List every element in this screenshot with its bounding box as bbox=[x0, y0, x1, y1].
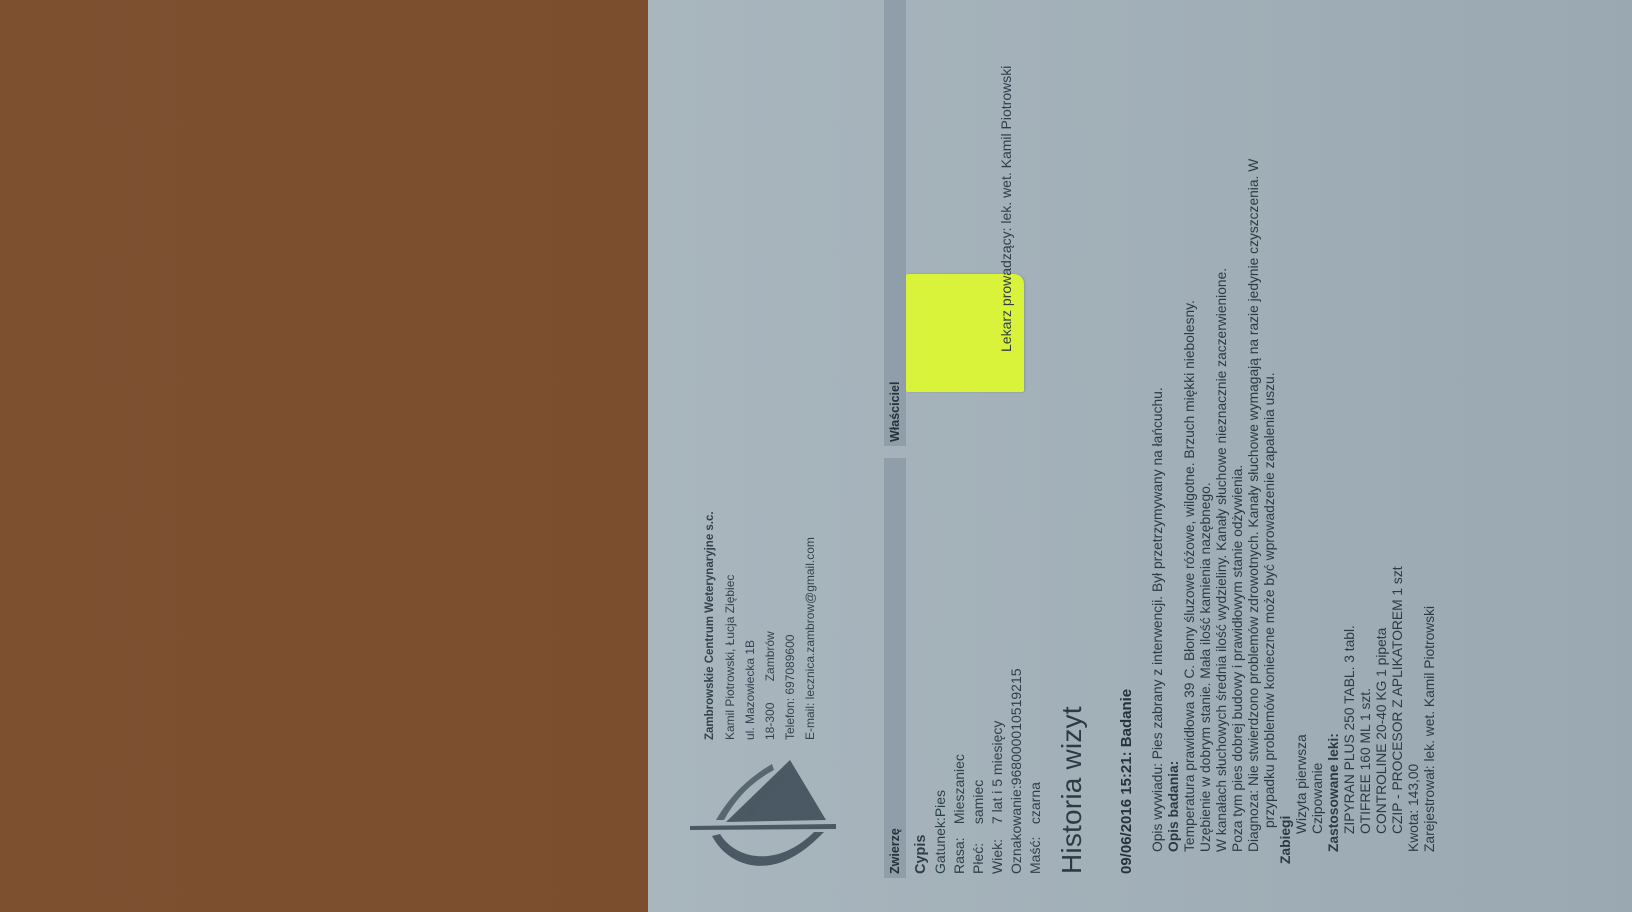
lead-vet: Lekarz prowadzący: lek. wet. Kamil Piotr… bbox=[998, 66, 1014, 352]
clinic-street: ul. Mazowiecka 1B bbox=[740, 511, 760, 740]
clinic-phone: Telefon: 697089600 bbox=[780, 511, 800, 740]
med-item: ZIPYRAN PLUS 250 TABL. 3 tabl. bbox=[1342, 0, 1358, 852]
med-item: CONTROLINE 20-40 KG 1 pipeta bbox=[1374, 0, 1390, 852]
clinic-name: Zambrowskie Centrum Weterynaryjne s.c. bbox=[700, 511, 720, 740]
procedure-item: Wizyta pierwsza bbox=[1294, 0, 1310, 852]
section-header-owner: Właściciel bbox=[884, 0, 906, 446]
med-item: CZIP - PROCESOR Z APLIKATOREM 1 szt bbox=[1390, 0, 1406, 852]
visit-record-document: Zambrowskie Centrum Weterynaryjne s.c. K… bbox=[648, 0, 1632, 912]
animal-details: Cypis Gatunek:Pies Rasa: Mieszaniec Płeć… bbox=[912, 668, 1045, 874]
clinic-info: Zambrowskie Centrum Weterynaryjne s.c. K… bbox=[700, 511, 820, 740]
diagnosis: Diagnoza: Nie stwierdzono problemów zdro… bbox=[1246, 0, 1262, 852]
clinic-logo-icon bbox=[686, 758, 836, 876]
animal-field-age: Wiek: 7 lat i 5 miesięcy bbox=[988, 668, 1007, 874]
procedures-label: Zabiegi bbox=[1278, 0, 1294, 864]
animal-field-sex: Płeć: samiec bbox=[969, 668, 988, 874]
clinic-postal-code: 18-300 bbox=[763, 703, 777, 740]
clinic-city-row: 18-300 Zambrów bbox=[760, 511, 780, 740]
diagnosis-continued: przypadku problemów konieczne może być w… bbox=[1262, 0, 1278, 852]
exam-line: Uzębienie w dobrym stanie. Mała ilość ka… bbox=[1198, 0, 1214, 852]
animal-species: Gatunek:Pies bbox=[931, 668, 950, 874]
visit-details: Opis wywiadu: Pies zabrany z interwencji… bbox=[1150, 0, 1438, 852]
section-header-animal: Zwierzę bbox=[884, 458, 906, 878]
animal-name: Cypis bbox=[912, 668, 931, 874]
registered-by: Zarejestrował: lek. wet. Kamil Piotrowsk… bbox=[1422, 0, 1438, 852]
clinic-city: Zambrów bbox=[763, 631, 777, 681]
visit-heading: 09/06/2016 15:21: Badanie bbox=[1118, 689, 1135, 874]
visit-interview: Opis wywiadu: Pies zabrany z interwencji… bbox=[1150, 0, 1166, 852]
procedure-item: Czipowanie bbox=[1310, 0, 1326, 852]
history-title: Historia wizyt bbox=[1056, 706, 1088, 874]
exam-line: W kanałach słuchowych średnia ilość wydz… bbox=[1214, 0, 1230, 852]
animal-field-breed: Rasa: Mieszaniec bbox=[950, 668, 969, 874]
animal-field-color: Maść: czarna bbox=[1026, 668, 1045, 874]
clinic-owners: Kamil Piotrowski, Łucja Ziębiec bbox=[720, 511, 740, 740]
visit-amount: Kwota: 143,00 bbox=[1406, 0, 1422, 852]
exam-line: Temperatura prawidłowa 39 C. Błony śluzo… bbox=[1182, 0, 1198, 852]
med-item: OTIFREE 160 ML 1 szt. bbox=[1358, 0, 1374, 852]
exam-label: Opis badania: bbox=[1166, 0, 1182, 852]
meds-label: Zastosowane leki: bbox=[1326, 0, 1342, 852]
clinic-email: E-mail: lecznica.zambrow@gmail.com bbox=[800, 511, 820, 740]
animal-field-marking: Oznakowanie:968000010519215 bbox=[1007, 668, 1026, 874]
exam-line: Poza tym pies dobrej budowy i prawidłowy… bbox=[1230, 0, 1246, 852]
